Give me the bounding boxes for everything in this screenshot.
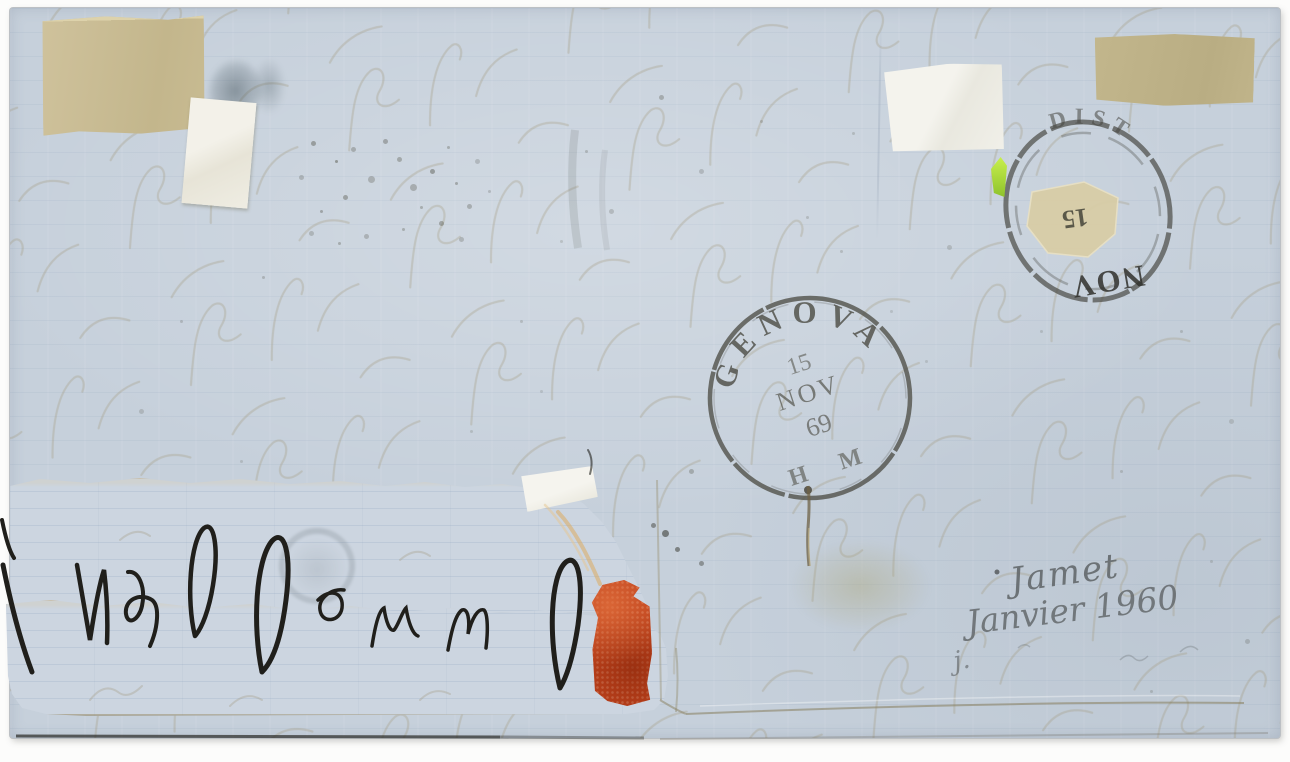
lower-fold-flap (6, 596, 668, 720)
genova-year-text: 69 (802, 407, 836, 443)
ghost-postmark-offset (279, 528, 355, 604)
genova-circular-datestamp: GENOVA 15 NOV 69 H M (698, 288, 926, 516)
white-hinge-top-left (182, 97, 257, 208)
svg-text:DIST: DIST (1044, 106, 1144, 168)
oval-transit-postmark: DIST NOV 15 (988, 106, 1188, 316)
scanned-letter-photo: DIST NOV 15 GENOVA 15 NOV 69 H M (0, 0, 1290, 762)
tan-hinge-remnant-top-right (1093, 32, 1255, 108)
oval-day-text: 15 (1060, 202, 1090, 234)
dark-ink-smudge-small (252, 58, 286, 114)
oval-month-text: NOV (1068, 258, 1148, 305)
oval-arc-text: DIST (1044, 106, 1144, 168)
adhesive-stain (790, 540, 930, 632)
genova-month-text: NOV (773, 369, 844, 417)
foxing-speckles (0, 0, 3, 3)
tan-hinge-remnant-top-left (41, 14, 206, 135)
